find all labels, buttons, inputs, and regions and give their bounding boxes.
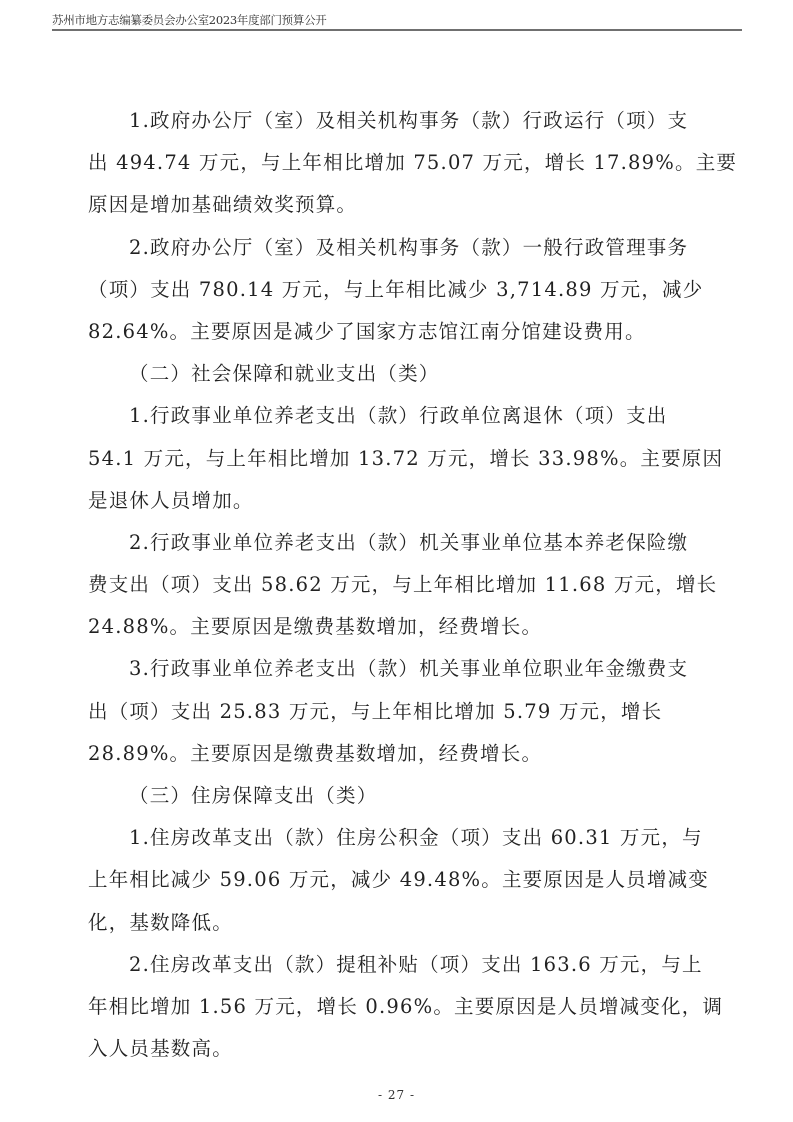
paragraph-line: 2.住房改革支出（款）提租补贴（项）支出 163.6 万元，与上 bbox=[88, 948, 712, 990]
paragraph-line: 入人员基数高。 bbox=[88, 1032, 712, 1074]
paragraph-line: 出（项）支出 25.83 万元，与上年相比增加 5.79 万元，增长 bbox=[88, 695, 712, 737]
paragraph-line: 82.64%。主要原因是减少了国家方志馆江南分馆建设费用。 bbox=[88, 315, 712, 357]
paragraph-line: 2.政府办公厅（室）及相关机构事务（款）一般行政管理事务 bbox=[88, 231, 712, 273]
document-body: 1.政府办公厅（室）及相关机构事务（款）行政运行（项）支 出 494.74 万元… bbox=[88, 104, 712, 1074]
section-heading: （三）住房保障支出（类） bbox=[88, 779, 712, 821]
paragraph-line: 是退休人员增加。 bbox=[88, 484, 712, 526]
paragraph-line: 年相比增加 1.56 万元，增长 0.96%。主要原因是人员增减变化，调 bbox=[88, 990, 712, 1032]
paragraph-line: 原因是增加基础绩效奖预算。 bbox=[88, 188, 712, 230]
paragraph-line: 3.行政事业单位养老支出（款）机关事业单位职业年金缴费支 bbox=[88, 652, 712, 694]
paragraph-line: 上年相比减少 59.06 万元，减少 49.48%。主要原因是人员增减变 bbox=[88, 863, 712, 905]
paragraph-line: 1.政府办公厅（室）及相关机构事务（款）行政运行（项）支 bbox=[88, 104, 712, 146]
header-title: 苏州市地方志编纂委员会办公室2023年度部门预算公开 bbox=[52, 12, 326, 28]
section-heading: （二）社会保障和就业支出（类） bbox=[88, 357, 712, 399]
paragraph-line: （项）支出 780.14 万元，与上年相比减少 3,714.89 万元，减少 bbox=[88, 273, 712, 315]
paragraph-line: 2.行政事业单位养老支出（款）机关事业单位基本养老保险缴 bbox=[88, 526, 712, 568]
paragraph-line: 1.住房改革支出（款）住房公积金（项）支出 60.31 万元，与 bbox=[88, 821, 712, 863]
paragraph-line: 28.89%。主要原因是缴费基数增加，经费增长。 bbox=[88, 737, 712, 779]
paragraph-line: 化，基数降低。 bbox=[88, 906, 712, 948]
paragraph-line: 1.行政事业单位养老支出（款）行政单位离退休（项）支出 bbox=[88, 399, 712, 441]
paragraph-line: 24.88%。主要原因是缴费基数增加，经费增长。 bbox=[88, 610, 712, 652]
running-header: 苏州市地方志编纂委员会办公室2023年度部门预算公开 bbox=[52, 10, 742, 31]
paragraph-line: 54.1 万元，与上年相比增加 13.72 万元，增长 33.98%。主要原因 bbox=[88, 442, 712, 484]
paragraph-line: 出 494.74 万元，与上年相比增加 75.07 万元，增长 17.89%。主… bbox=[88, 146, 712, 188]
paragraph-line: 费支出（项）支出 58.62 万元，与上年相比增加 11.68 万元，增长 bbox=[88, 568, 712, 610]
page-number: - 27 - bbox=[0, 1088, 793, 1102]
